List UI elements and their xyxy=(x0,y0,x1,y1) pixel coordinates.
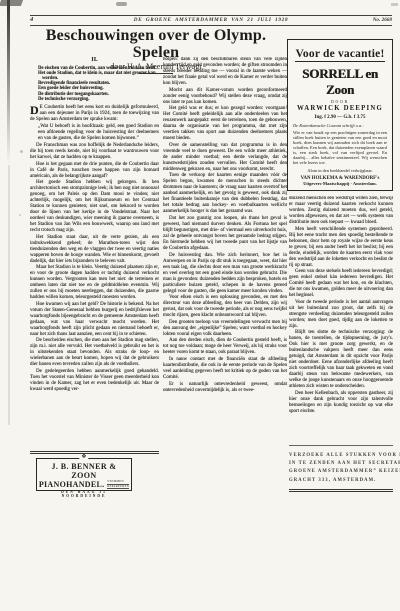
article-paragraph: duizend menschen een wedstrijd willen zi… xyxy=(289,196,393,226)
drop-cap: D xyxy=(30,105,40,115)
article-paragraph: Over de samenstelling van dat programma … xyxy=(163,143,287,173)
article-paragraph: II. xyxy=(30,57,159,63)
scan-blob-artifact xyxy=(0,0,23,6)
article-paragraph: In nauw contact met de financiën staat d… xyxy=(163,357,287,381)
scan-speck-artifact xyxy=(20,150,23,153)
scan-speck-artifact xyxy=(19,214,21,216)
article-paragraph: Blijft ten slotte de technische verzorgi… xyxy=(289,330,393,390)
article-paragraph: Voor de tweede periode is het aantal aan… xyxy=(289,300,393,330)
notice-line: GROENE AMSTERDAMMER” KEIZERS- xyxy=(289,468,393,476)
article-paragraph: Toen de verkoop der kaarten eenige maand… xyxy=(163,173,287,215)
article-summary-line: Het oude Stadion, dat te klein is, maar … xyxy=(30,71,159,81)
ad-side-lines: STEMMEN REPAREEREN xyxy=(107,480,129,489)
scan-blob-artifact xyxy=(391,3,398,6)
article-paragraph: Den heer Kellenbach, als oppersten gasth… xyxy=(289,391,393,415)
article-paragraph: Hoe kwamen wij aan het geld? De historie… xyxy=(30,302,159,338)
scan-blob-artifact xyxy=(116,2,127,6)
article-column-right: duizend menschen een wedstrijd willen zi… xyxy=(289,196,393,442)
article-summary-line: De eischen van de Coubertin, aan welke m… xyxy=(30,66,159,71)
article-column-middle: holpen: dank zij den beschikbaren steun … xyxy=(163,57,287,493)
article-paragraph: De huisvesting dan. Wie zich herinnert, … xyxy=(163,253,287,295)
ad-review-source: De Rotterdamsche Courant schrijft o.a.: xyxy=(293,123,387,128)
ad-trade-row: PIANOHANDEL. STEMMEN REPAREEREN xyxy=(40,480,128,489)
issue-number: No. 2668 xyxy=(373,17,392,23)
ad-header: Voor de vacantie! xyxy=(295,48,384,62)
ad-trade-label: PIANOHANDEL. xyxy=(39,480,105,489)
ad-address: DEN HAAG 31 NOORDEINDE xyxy=(40,490,128,498)
editorial-notice: VERZOEKE ALLE STUKKEN VOOR DE REDACTIEIN… xyxy=(289,452,393,485)
column-end-rule xyxy=(30,451,159,454)
article-paragraph: Aan den derden eisch, dien de Coubertin … xyxy=(163,338,287,356)
article-paragraph: Men heeft verschillende systemen geprobe… xyxy=(289,227,393,269)
ad-book-title: SORRELL en Zoon xyxy=(293,66,387,98)
masthead-rule-bottom xyxy=(30,25,392,26)
article-paragraph: De Franschman was zoo hoffelijk de Neder… xyxy=(30,143,159,161)
article-paragraph: Den grooten toeloop van vreemdelingen ve… xyxy=(163,320,287,338)
article-paragraph: DE Coubertin heeft het eens kort en duid… xyxy=(30,105,159,123)
article-paragraph: Er is natuurlijk ontevredenheid geweest,… xyxy=(163,382,287,394)
ad-price: Ing. f 2.90 — G.b. f 3.75 xyxy=(293,115,387,120)
article-paragraph: Het goede Stadion hebben wij gekregen. I… xyxy=(30,180,159,234)
article-paragraph: „Wat U behoeft is in hoofdzaak: geld, ee… xyxy=(30,124,159,142)
newspaper-page: 4 DE GROENE AMSTERDAMMER VAN 21 JULI 192… xyxy=(0,0,400,611)
article-summary-line: De technische verzorging. xyxy=(30,97,159,102)
masthead-row: 4 DE GROENE AMSTERDAMMER VAN 21 JULI 192… xyxy=(30,16,392,25)
article-column-left: II.De eischen van de Coubertin, aan welk… xyxy=(30,57,159,449)
ad-ornament-icon: ❖ xyxy=(79,454,88,460)
ad-shop-name: J. B. BENNER & ZOON xyxy=(40,462,128,480)
ad-review-text: Wie er van houdt op een prachtigen zomer… xyxy=(293,130,387,166)
article-title: Beschouwingen over de Olymp. Spelen xyxy=(30,27,282,61)
article-paragraph: Dat het zoo gunstig zou loopen, als than… xyxy=(163,216,287,252)
notice-line: IN TE ZENDEN AAN HET SECRETARIAAT VAN „D… xyxy=(289,460,393,468)
article-paragraph: Mocht aan dit Kamer-votum worden geconfo… xyxy=(163,88,287,106)
notice-rule-bottom xyxy=(289,489,393,492)
article-paragraph: Maar het Stadion is te klein. Veertig du… xyxy=(30,265,159,301)
ad-side-line: REPAREEREN xyxy=(107,485,129,489)
ad-author: WARWICK DEEPING xyxy=(293,105,387,112)
article-paragraph: De gedelegeerden hebben aanmerkelijk goe… xyxy=(30,369,159,393)
scan-streak-artifact xyxy=(7,0,10,165)
notice-line: GRACHT 333, AMSTERDAM. xyxy=(289,477,393,485)
notice-rule-top xyxy=(289,445,393,446)
article-paragraph: holpen: dank zij den beschikbaren steun … xyxy=(163,57,287,87)
article-paragraph: Het Stadion staat daar, uit de verte gez… xyxy=(30,235,159,265)
ad-publisher-name: VAN HOLKEMA & WARENDORF's xyxy=(293,176,387,181)
masthead-title: DE GROENE AMSTERDAMMER VAN 21 JULI 1928 xyxy=(30,17,392,23)
scan-streak-artifact xyxy=(8,165,10,425)
article-paragraph: Hoe is het gegaan met de drie punten, di… xyxy=(30,162,159,180)
article-paragraph: Voor elken eisch is een oplossing gevond… xyxy=(163,295,287,319)
book-advertisement: Voor de vacantie! SORRELL en Zoon DOOR W… xyxy=(287,39,393,191)
ad-door-label: DOOR xyxy=(293,100,387,104)
ad-publisher-city: Uitgevers-Maatschappij - Amsterdam. xyxy=(293,181,387,186)
article-paragraph: De bescheiden eischen, die men aan het S… xyxy=(30,338,159,368)
article-paragraph: Geen van deze stelsels heeft iedereen be… xyxy=(289,269,393,299)
notice-line: VERZOEKE ALLE STUKKEN VOOR DE REDACTIE xyxy=(289,452,393,460)
ad-availability: Alom in den boekhandel verkrijgbaar. xyxy=(293,168,387,173)
article-paragraph: Het geld was er dus; er kon gezegd worde… xyxy=(163,106,287,142)
piano-advertisement: ❖ J. B. BENNER & ZOON PIANOHANDEL. STEMM… xyxy=(36,458,132,491)
